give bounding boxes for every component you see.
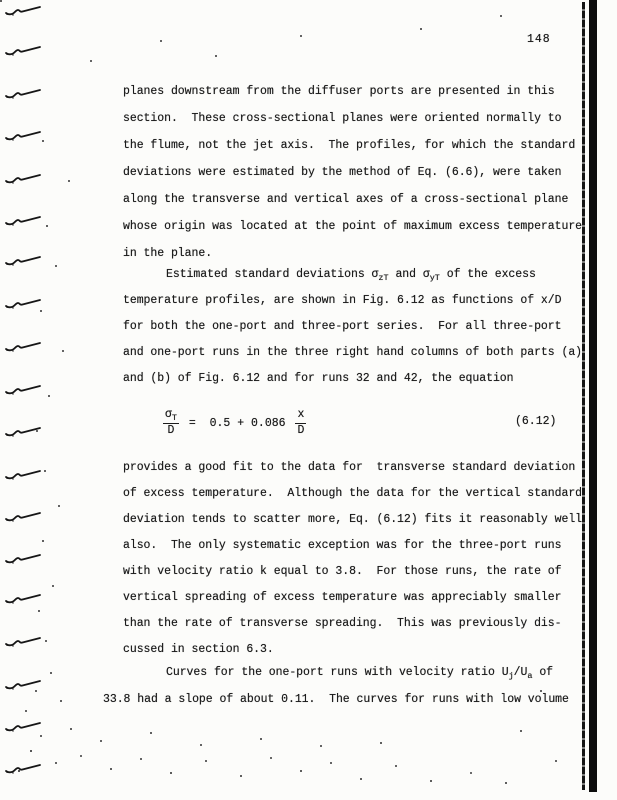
fraction-denominator: D <box>168 424 175 437</box>
margin-scribble-icon <box>4 631 42 649</box>
paragraph: provides a good fit to the data for tran… <box>123 455 603 663</box>
sigma-symbol: σ <box>165 408 172 421</box>
text-segment: of the excess <box>440 268 536 281</box>
text-line: and one-port runs in the three right han… <box>123 340 603 366</box>
text-line: Curves for the one-port runs with veloci… <box>123 659 603 686</box>
text-line: for both the one-port and three-port ser… <box>123 314 603 340</box>
paragraph: Curves for the one-port runs with veloci… <box>123 659 603 713</box>
margin-scribble-icon <box>4 379 42 397</box>
text-line: planes downstream from the diffuser port… <box>123 78 603 105</box>
scan-edge-line <box>582 2 585 790</box>
margin-scribble-icon <box>4 40 42 58</box>
margin-scribble-icon <box>4 250 42 268</box>
margin-scribble-icon <box>4 716 42 734</box>
margin-scribble-icon <box>4 293 42 311</box>
text-line: whose origin was located at the point of… <box>123 213 603 240</box>
fraction: x D <box>295 409 306 436</box>
paragraph: Estimated standard deviations σzT and σy… <box>123 262 603 392</box>
text-line: along the transverse and vertical axes o… <box>123 186 603 213</box>
margin-scribble-icon <box>4 588 42 606</box>
text-line: section. These cross-sectional planes we… <box>123 105 603 132</box>
text-line: deviation tends to scatter more, Eq. (6.… <box>123 507 603 533</box>
text-line: than the rate of transverse spreading. T… <box>123 611 603 637</box>
text-line: of excess temperature. Although the data… <box>123 481 603 507</box>
fraction: σT D <box>163 409 179 438</box>
equation-middle: = 0.5 + 0.086 <box>182 417 292 430</box>
sigma-subscript: T <box>172 413 177 423</box>
sigma-subscript: yT <box>430 273 440 283</box>
text-line: with velocity ratio k equal to 3.8. For … <box>123 559 603 585</box>
margin-scribble-icon <box>4 168 42 186</box>
margin-scribble-icon <box>4 506 42 524</box>
text-segment: of <box>532 666 553 679</box>
equation-number: (6.12) <box>515 415 556 428</box>
text-line: the flume, not the jet axis. The profile… <box>123 132 603 159</box>
fraction-numerator: σT <box>163 409 179 425</box>
text-line: vertical spreading of excess temperature… <box>123 585 603 611</box>
sigma-subscript: zT <box>378 273 388 283</box>
margin-scribble-icon <box>4 421 42 439</box>
text-line: Estimated standard deviations σzT and σy… <box>123 262 603 288</box>
margin-scribble-icon <box>4 336 42 354</box>
margin-scribble-icon <box>4 125 42 143</box>
margin-scribble-icon <box>4 0 42 18</box>
margin-scribble-icon <box>4 464 42 482</box>
equation-body: σT D = 0.5 + 0.086 x D <box>160 401 309 445</box>
text-line: temperature profiles, are shown in Fig. … <box>123 288 603 314</box>
paragraph: planes downstream from the diffuser port… <box>123 78 603 267</box>
equation-block: σT D = 0.5 + 0.086 x D (6.12) <box>160 401 600 445</box>
text-segment: and σ <box>389 268 430 281</box>
scanned-document-page: 148 planes downstream from the diffuser … <box>0 0 617 800</box>
text-line: also. The only systematic exception was … <box>123 533 603 559</box>
margin-scribble-icon <box>4 674 42 692</box>
text-segment: Curves for the one-port runs with veloci… <box>166 666 509 679</box>
scan-spine-band <box>589 0 597 792</box>
margin-scribble-icon <box>4 83 42 101</box>
margin-scribble-icon <box>4 210 42 228</box>
page-number: 148 <box>527 33 551 46</box>
scan-noise-dots <box>0 0 2 2</box>
text-line: provides a good fit to the data for tran… <box>123 455 603 481</box>
text-line: 33.8 had a slope of about 0.11. The curv… <box>103 686 603 713</box>
left-margin-marks <box>0 0 60 800</box>
fraction-denominator: D <box>297 424 304 437</box>
margin-scribble-icon <box>4 548 42 566</box>
text-line: and (b) of Fig. 6.12 and for runs 32 and… <box>123 366 603 392</box>
fraction-numerator: x <box>295 409 306 423</box>
margin-scribble-icon <box>4 758 42 776</box>
text-segment: /U <box>514 666 528 679</box>
text-segment: Estimated standard deviations σ <box>166 268 378 281</box>
text-line: deviations were estimated by the method … <box>123 159 603 186</box>
scan-noise <box>0 0 1 1</box>
